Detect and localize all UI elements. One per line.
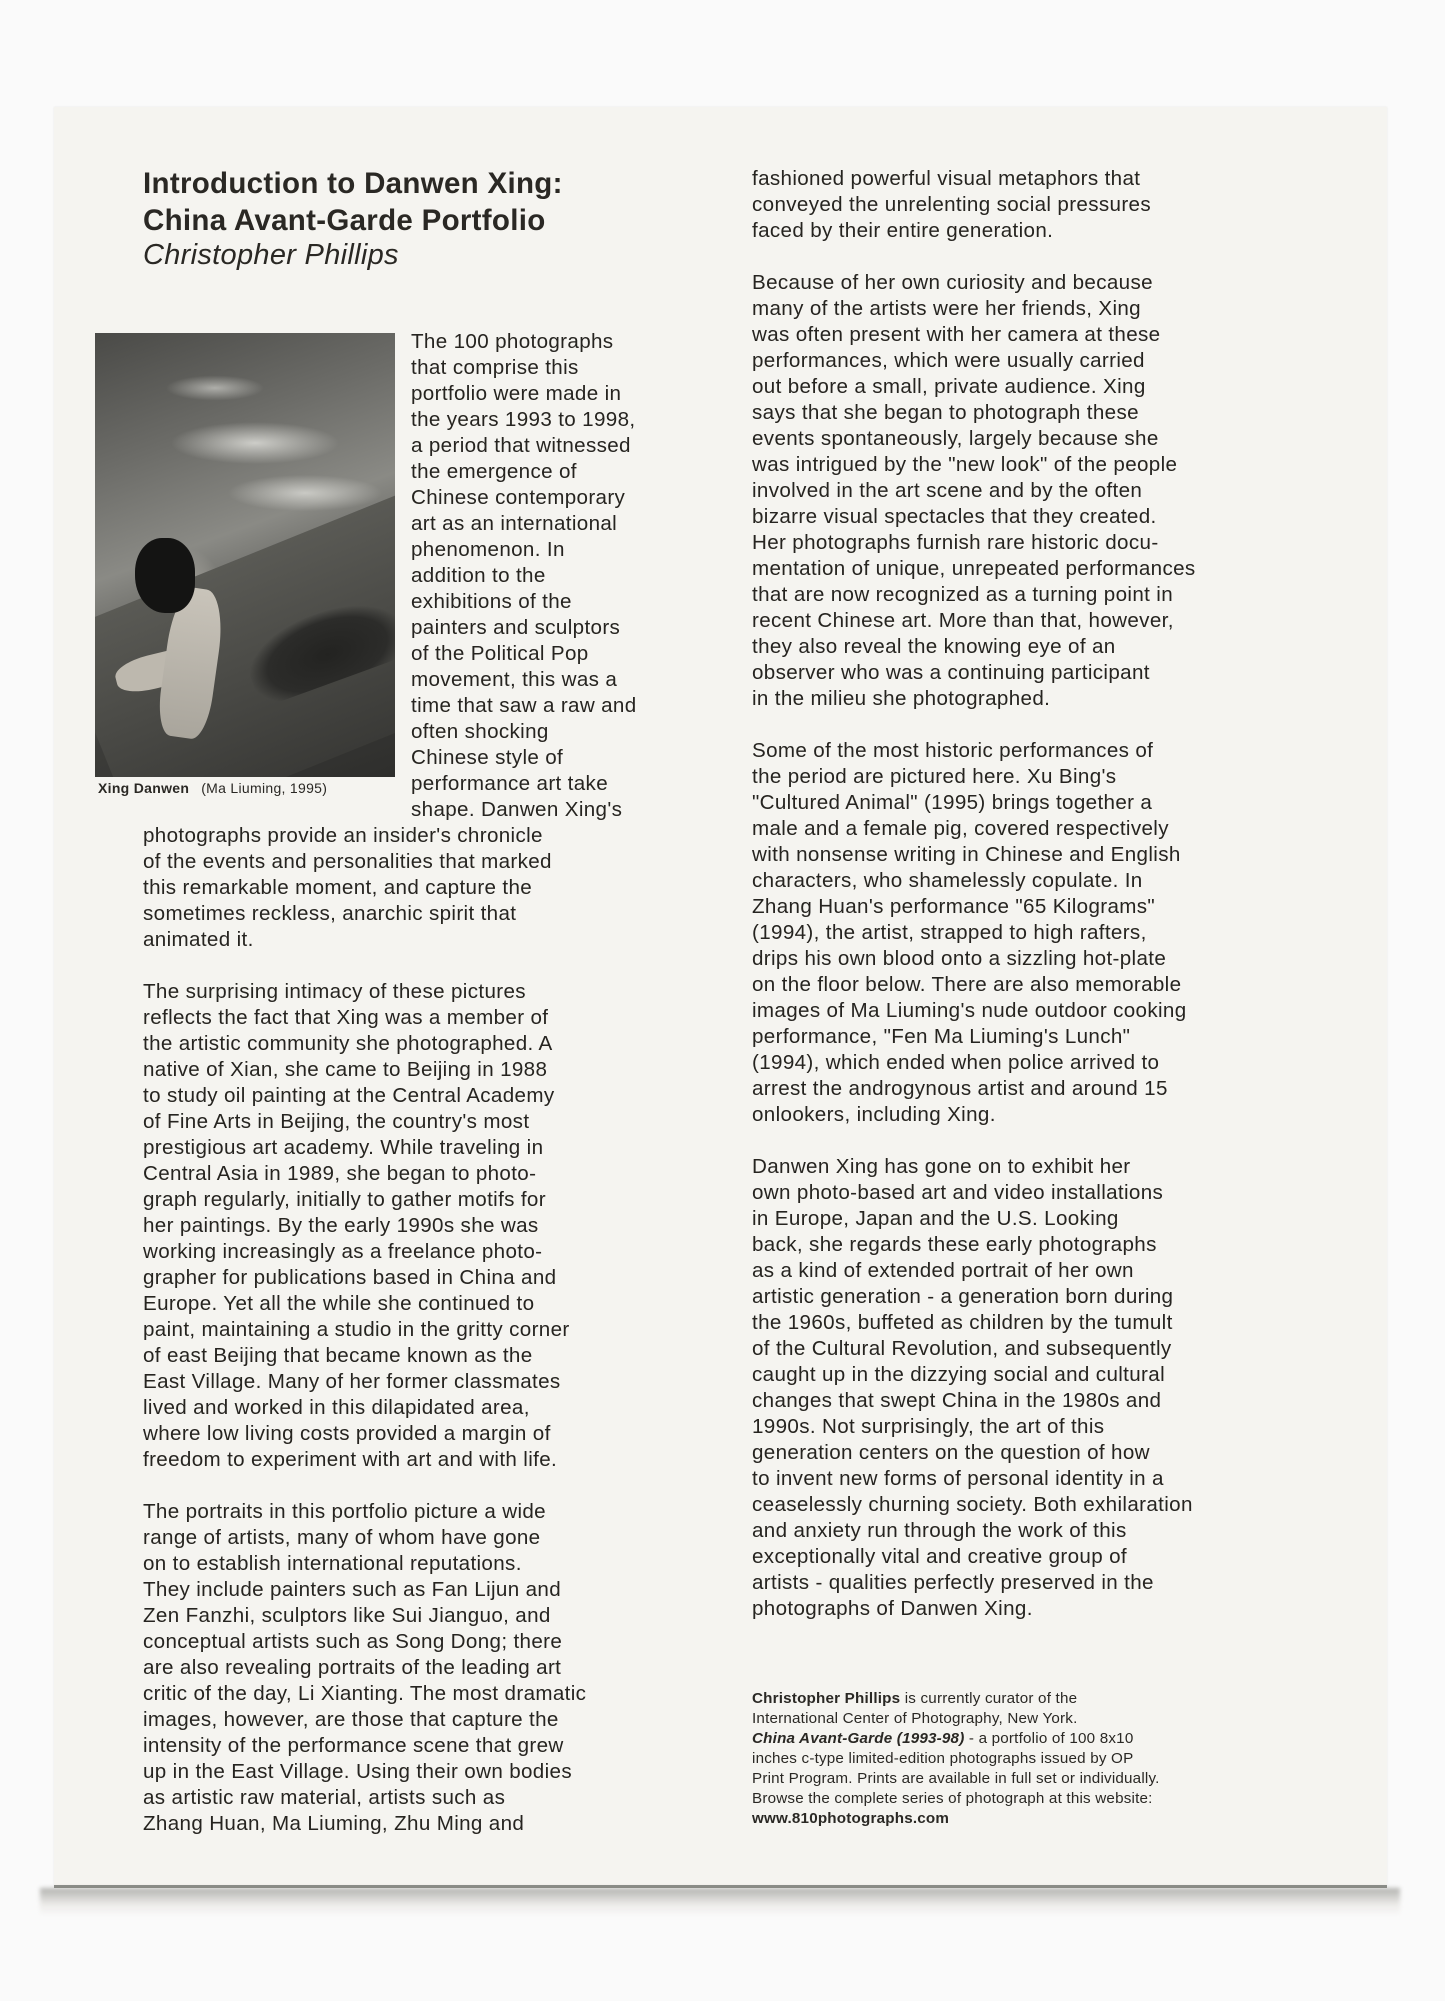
text-line: to invent new forms of personal identity…: [752, 1466, 1164, 1492]
text-line: freedom to experiment with art and with …: [143, 1447, 557, 1473]
text-line: are also revealing portraits of the lead…: [143, 1655, 561, 1681]
text-line: that comprise this: [411, 355, 579, 381]
text-line: The surprising intimacy of these picture…: [143, 979, 526, 1005]
figure-photo: [95, 333, 395, 777]
article-author: Christopher Phillips: [143, 237, 399, 273]
text-line: (1994), which ended when police arrived …: [752, 1050, 1159, 1076]
text-line: says that she began to photograph these: [752, 400, 1139, 426]
text-line: caught up in the dizzying social and cul…: [752, 1362, 1165, 1388]
text-line: up in the East Village. Using their own …: [143, 1759, 572, 1785]
text-line: to study oil painting at the Central Aca…: [143, 1083, 555, 1109]
text-line: lived and worked in this dilapidated are…: [143, 1395, 530, 1421]
text-line: East Village. Many of her former classma…: [143, 1369, 561, 1395]
text-line: conveyed the unrelenting social pressure…: [752, 192, 1151, 218]
note-line-2: International Center of Photography, New…: [752, 1709, 1078, 1729]
text-line: the emergence of: [411, 459, 577, 485]
note-line-1: Christopher Phillips is currently curato…: [752, 1689, 1077, 1709]
text-line: critic of the day, Li Xianting. The most…: [143, 1681, 586, 1707]
text-line: own photo-based art and video installati…: [752, 1180, 1163, 1206]
text-line: characters, who shamelessly copulate. In: [752, 868, 1143, 894]
text-line: exhibitions of the: [411, 589, 572, 615]
text-line: onlookers, including Xing.: [752, 1102, 996, 1128]
text-line: often shocking: [411, 719, 549, 745]
text-line: reflects the fact that Xing was a member…: [143, 1005, 548, 1031]
text-line: drips his own blood onto a sizzling hot-…: [752, 946, 1166, 972]
text-line: as artistic raw material, artists such a…: [143, 1785, 505, 1811]
caption-detail: (Ma Liuming, 1995): [201, 780, 327, 796]
text-line: this remarkable moment, and capture the: [143, 875, 532, 901]
text-line: addition to the: [411, 563, 546, 589]
text-line: Zen Fanzhi, sculptors like Sui Jianguo, …: [143, 1603, 551, 1629]
text-line: fashioned powerful visual metaphors that: [752, 166, 1140, 192]
text-line: of the Political Pop: [411, 641, 589, 667]
text-line: Chinese contemporary: [411, 485, 625, 511]
text-line: "Cultured Animal" (1995) brings together…: [752, 790, 1152, 816]
text-line: out before a small, private audience. Xi…: [752, 374, 1146, 400]
text-line: working increasingly as a freelance phot…: [143, 1239, 542, 1265]
website-url[interactable]: www.810photographs.com: [752, 1810, 949, 1827]
text-line: 1990s. Not surprisingly, the art of this: [752, 1414, 1104, 1440]
note-line-3-text: - a portfolio of 100 8x10: [964, 1730, 1133, 1747]
text-line: artists - qualities perfectly preserved …: [752, 1570, 1154, 1596]
title-line-2: China Avant-Garde Portfolio: [143, 202, 563, 239]
note-line-3: China Avant-Garde (1993-98) - a portfoli…: [752, 1729, 1133, 1749]
text-line: Danwen Xing has gone on to exhibit her: [752, 1154, 1131, 1180]
text-line: Zhang Huan, Ma Liuming, Zhu Ming and: [143, 1811, 524, 1837]
text-line: range of artists, many of whom have gone: [143, 1525, 540, 1551]
text-line: events spontaneously, largely because sh…: [752, 426, 1159, 452]
text-line: the years 1993 to 1998,: [411, 407, 635, 433]
text-line: Zhang Huan's performance "65 Kilograms": [752, 894, 1155, 920]
text-line: Europe. Yet all the while she continued …: [143, 1291, 534, 1317]
text-line: changes that swept China in the 1980s an…: [752, 1388, 1161, 1414]
text-line: in the milieu she photographed.: [752, 686, 1050, 712]
text-line: Central Asia in 1989, she began to photo…: [143, 1161, 536, 1187]
text-line: performances, which were usually carried: [752, 348, 1145, 374]
text-line: (1994), the artist, strapped to high raf…: [752, 920, 1147, 946]
text-line: artistic generation - a generation born …: [752, 1284, 1173, 1310]
text-line: portfolio were made in: [411, 381, 621, 407]
note-line-1-text: is currently curator of the: [900, 1690, 1077, 1707]
figure-caption: Xing Danwen(Ma Liuming, 1995): [98, 779, 327, 797]
title-line-1: Introduction to Danwen Xing:: [143, 165, 563, 202]
text-line: faced by their entire generation.: [752, 218, 1053, 244]
text-line: was often present with her camera at the…: [752, 322, 1160, 348]
text-line: and anxiety run through the work of this: [752, 1518, 1127, 1544]
text-line: of east Beijing that became known as the: [143, 1343, 533, 1369]
caption-name: Xing Danwen: [98, 780, 189, 796]
text-line: on to establish international reputation…: [143, 1551, 522, 1577]
note-line-6: Browse the complete series of photograph…: [752, 1789, 1153, 1809]
text-line: phenomenon. In: [411, 537, 565, 563]
text-line: with nonsense writing in Chinese and Eng…: [752, 842, 1181, 868]
text-line: sometimes reckless, anarchic spirit that: [143, 901, 516, 927]
text-line: intensity of the performance scene that …: [143, 1733, 564, 1759]
note-portfolio-title: China Avant-Garde (1993-98): [752, 1730, 964, 1747]
text-line: conceptual artists such as Song Dong; th…: [143, 1629, 562, 1655]
text-line: Her photographs furnish rare historic do…: [752, 530, 1159, 556]
text-line: graph regularly, initially to gather mot…: [143, 1187, 546, 1213]
text-line: on the floor below. There are also memor…: [752, 972, 1181, 998]
text-line: paint, maintaining a studio in the gritt…: [143, 1317, 570, 1343]
text-line: many of the artists were her friends, Xi…: [752, 296, 1141, 322]
text-line: where low living costs provided a margin…: [143, 1421, 551, 1447]
article-title: Introduction to Danwen Xing: China Avant…: [143, 165, 563, 239]
text-line: time that saw a raw and: [411, 693, 637, 719]
text-line: movement, this was a: [411, 667, 617, 693]
text-line: the 1960s, buffeted as children by the t…: [752, 1310, 1173, 1336]
text-line: the artistic community she photographed.…: [143, 1031, 553, 1057]
text-line: images, however, are those that capture …: [143, 1707, 559, 1733]
note-line-5: Print Program. Prints are available in f…: [752, 1769, 1160, 1789]
text-line: they also reveal the knowing eye of an: [752, 634, 1116, 660]
note-website-link[interactable]: www.810photographs.com: [752, 1809, 949, 1829]
text-line: images of Ma Liuming's nude outdoor cook…: [752, 998, 1187, 1024]
text-line: native of Xian, she came to Beijing in 1…: [143, 1057, 547, 1083]
text-line: Because of her own curiosity and because: [752, 270, 1153, 296]
text-line: art as an international: [411, 511, 617, 537]
text-line: in Europe, Japan and the U.S. Looking: [752, 1206, 1119, 1232]
text-line: animated it.: [143, 927, 254, 953]
photo-figure-hair: [135, 538, 195, 613]
text-line: performance art take: [411, 771, 608, 797]
text-line: photographs provide an insider's chronic…: [143, 823, 543, 849]
note-author-name: Christopher Phillips: [752, 1690, 900, 1707]
text-line: arrest the androgynous artist and around…: [752, 1076, 1168, 1102]
text-line: The 100 photographs: [411, 329, 613, 355]
text-line: generation centers on the question of ho…: [752, 1440, 1150, 1466]
text-line: her paintings. By the early 1990s she wa…: [143, 1213, 539, 1239]
text-line: the period are pictured here. Xu Bing's: [752, 764, 1116, 790]
text-line: observer who was a continuing participan…: [752, 660, 1150, 686]
text-line: recent Chinese art. More than that, howe…: [752, 608, 1174, 634]
text-line: shape. Danwen Xing's: [411, 797, 622, 823]
text-line: male and a female pig, covered respectiv…: [752, 816, 1169, 842]
text-line: ceaselessly churning society. Both exhil…: [752, 1492, 1193, 1518]
text-line: The portraits in this portfolio picture …: [143, 1499, 546, 1525]
text-line: Some of the most historic performances o…: [752, 738, 1153, 764]
text-line: prestigious art academy. While traveling…: [143, 1135, 543, 1161]
text-line: of Fine Arts in Beijing, the country's m…: [143, 1109, 529, 1135]
text-line: performance, "Fen Ma Liuming's Lunch": [752, 1024, 1130, 1050]
page-shadow: [40, 1888, 1400, 1916]
text-line: involved in the art scene and by the oft…: [752, 478, 1142, 504]
text-line: of the events and personalities that mar…: [143, 849, 552, 875]
text-line: mentation of unique, unrepeated performa…: [752, 556, 1196, 582]
text-line: back, she regards these early photograph…: [752, 1232, 1157, 1258]
text-line: exceptionally vital and creative group o…: [752, 1544, 1127, 1570]
text-line: Chinese style of: [411, 745, 563, 771]
text-line: photographs of Danwen Xing.: [752, 1596, 1033, 1622]
note-line-4: inches c-type limited-edition photograph…: [752, 1749, 1133, 1769]
text-line: a period that witnessed: [411, 433, 631, 459]
text-line: grapher for publications based in China …: [143, 1265, 556, 1291]
text-line: as a kind of extended portrait of her ow…: [752, 1258, 1134, 1284]
text-line: was intrigued by the "new look" of the p…: [752, 452, 1177, 478]
text-line: that are now recognized as a turning poi…: [752, 582, 1173, 608]
text-line: bizarre visual spectacles that they crea…: [752, 504, 1157, 530]
text-line: of the Cultural Revolution, and subseque…: [752, 1336, 1172, 1362]
text-line: They include painters such as Fan Lijun …: [143, 1577, 561, 1603]
text-line: painters and sculptors: [411, 615, 620, 641]
